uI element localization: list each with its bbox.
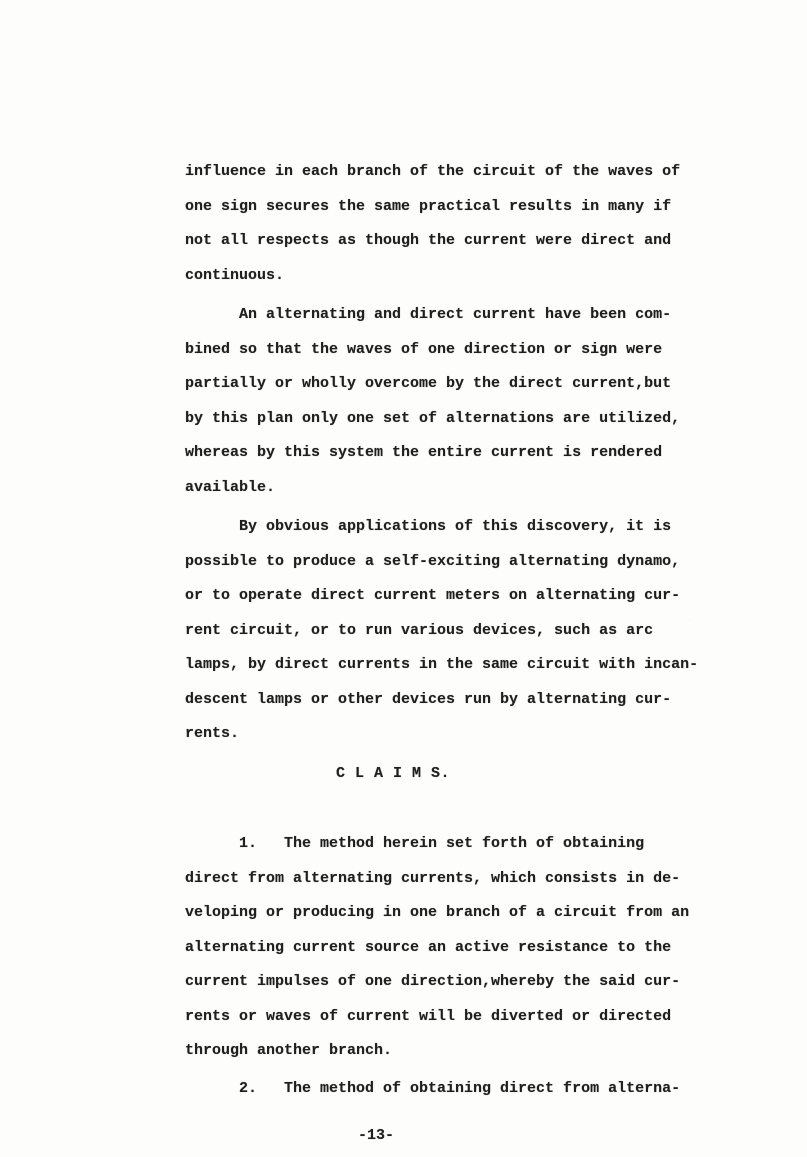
claim-1: 1. The method herein set forth of obtain… bbox=[185, 827, 715, 1069]
paragraph-applications: By obvious applications of this discover… bbox=[185, 510, 715, 752]
document-text: influence in each branch of the circuit … bbox=[185, 155, 715, 1109]
paragraph-intro: influence in each branch of the circuit … bbox=[185, 155, 715, 293]
scanned-document-page: influence in each branch of the circuit … bbox=[0, 0, 807, 1157]
claim-2-partial: 2. The method of obtaining direct from a… bbox=[185, 1072, 715, 1107]
paragraph-combined-currents: An alternating and direct current have b… bbox=[185, 298, 715, 505]
page-number: -13- bbox=[358, 1126, 394, 1146]
claims-heading: C L A I M S. bbox=[185, 757, 715, 792]
